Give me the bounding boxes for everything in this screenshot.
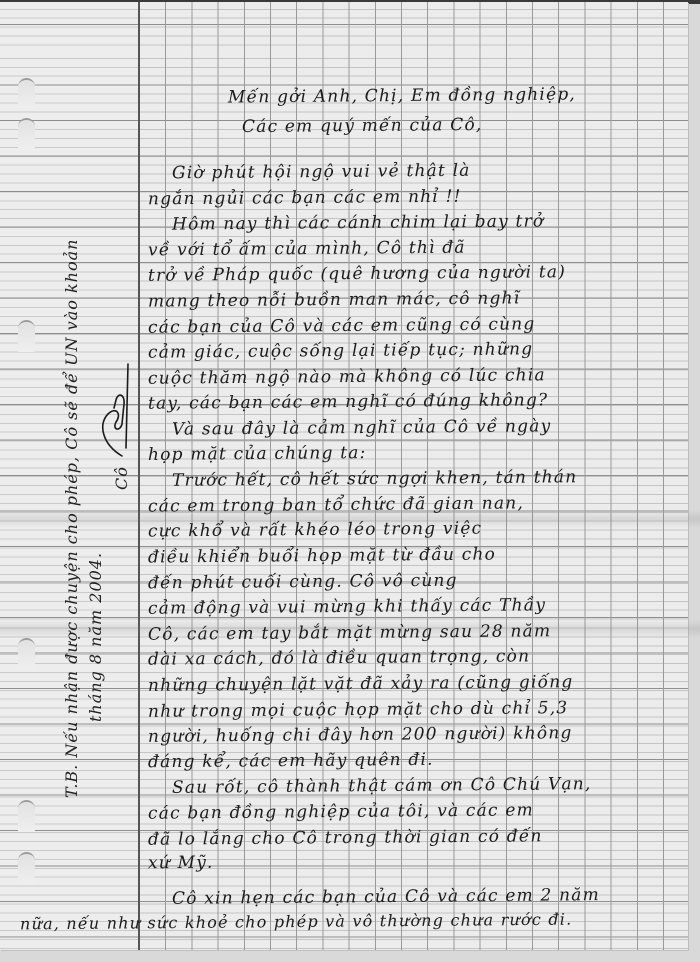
punch-hole-icon [18,852,35,884]
margin-rule [138,2,140,950]
letter-line: Trước hết, cô hết sức ngợi khen, tán thá… [172,467,578,491]
letter-line: trở về Pháp quốc (quê hương của người ta… [148,263,566,287]
letter-line: ngắn ngủi các bạn các em nhỉ !! [148,186,462,209]
punch-hole-icon [18,800,35,832]
letter-line: họp mặt của chúng ta: [148,443,367,465]
letter-line: Và sau đây là cảm nghĩ của Cô về ngày [172,416,552,439]
postscript-date: tháng 8 năm 2004. [86,552,105,722]
letter-line: về với tổ ấm của mình, Cô thì đã [148,237,466,260]
letter-line: điều khiển buổi họp mặt từ đầu cho [148,544,496,567]
punch-hole-icon [18,638,35,670]
punch-hole-icon [18,118,35,150]
salutation-line: Các em quý mến của Cô, [242,115,483,137]
letter-line: Cô xin hẹn các bạn của Cô và các em 2 nă… [172,885,600,909]
letter-line: cảm động và vui mừng khi thấy các Thầy [148,595,546,618]
letter-line: các em trong ban tổ chức đã gian nan, [148,493,524,516]
letter-line: cực khổ và rất khéo léo trong việc [148,519,482,542]
letter-line: mang theo nỗi buồn man mác, cô nghĩ [148,288,520,311]
letter-line: các bạn của Cô và các em cũng có cùng [148,314,536,337]
letter-line: đã lo lắng cho Cô trong thời gian có đến [148,826,543,849]
letter-line: các bạn đồng nghiệp của tôi, và các em [148,800,534,823]
letter-line: Sau rốt, cô thành thật cám ơn Cô Chú Vạn… [172,775,592,799]
punch-hole-icon [18,320,35,352]
letter-line: cuộc thăm ngộ nào mà không có lúc chia [148,365,546,388]
punch-hole-icon [18,78,35,110]
signature-label: Cô [112,466,131,490]
letter-line: nữa, nếu như sức khoẻ cho phép và vô thư… [20,910,572,934]
salutation-line: Mến gởi Anh, Chị, Em đồng nghiệp, [228,84,576,107]
letter-line: đến phút cuối cùng. Cô vô cùng [148,570,458,593]
letter-line: những chuyện lặt vặt đã xảy ra (cũng giố… [148,672,574,696]
letter-line: dài xa cách, đó là điều quan trọng, còn [148,647,530,670]
letter-line: Giờ phút hội ngộ vui vẻ thật là [172,161,471,184]
handwritten-signature-icon [92,344,132,464]
letter-line: như trong mọi cuộc họp mặt cho dù chỉ 5,… [148,698,569,722]
letter-line: xứ Mỹ. [148,853,214,874]
letter-page: Mến gởi Anh, Chị, Em đồng nghiệp, Các em… [0,2,688,950]
letter-line: đáng kể, các em hãy quên đi. [148,750,434,772]
letter-line: Hôm nay thì các cánh chim lại bay trở [172,212,544,235]
letter-line: Cô, các em tay bắt mặt mừng sau 28 năm [148,621,551,645]
letter-line: tay, các bạn các em nghĩ có đúng không? [148,391,548,414]
letter-line: cảm giác, cuộc sống lại tiếp tục; những [148,340,533,363]
postscript-note: T.B. Nếu nhận được chuyện cho phép, Cô s… [62,239,81,798]
letter-line: người, huống chi đây hơn 200 người) khôn… [148,723,573,747]
